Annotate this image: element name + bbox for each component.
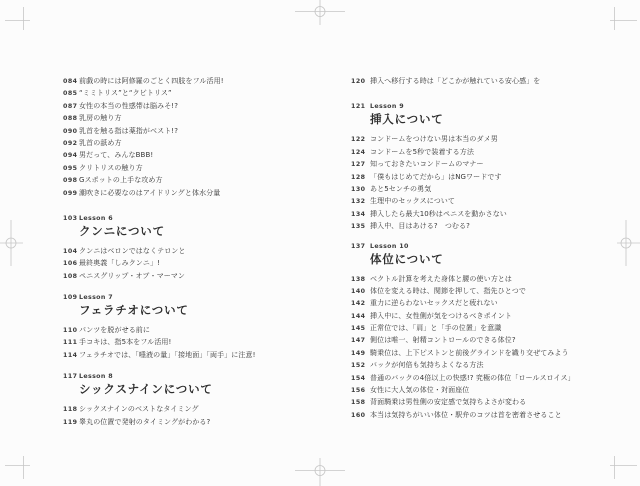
entry-page-number: 098 bbox=[63, 175, 79, 187]
corner-trim-mark-bottom-right bbox=[604, 450, 640, 486]
toc-entry: 127 知っておきたいコンドームのマナー bbox=[351, 158, 633, 170]
toc-entry: 120 挿入へ移行する時は「どこかが触れている安心感」を bbox=[351, 75, 633, 87]
entry-page-number: 127 bbox=[351, 159, 370, 171]
toc-entry: 119 睾丸の位置で発射のタイミングがわかる? bbox=[63, 416, 325, 428]
entry-page-number: 094 bbox=[63, 150, 79, 162]
entry-title: 挿入中、目はあける? つむる? bbox=[370, 220, 470, 232]
toc-block-lesson-9: 121 Lesson 9 挿入について 122 コンドームをつけない男は本当のダ… bbox=[351, 102, 633, 232]
center-trim-mark-left bbox=[0, 220, 28, 266]
lesson-page-number: 103 bbox=[63, 214, 79, 222]
entry-title: 挿入へ移行する時は「どこかが触れている安心感」を bbox=[370, 75, 540, 87]
entry-page-number: 142 bbox=[351, 298, 370, 310]
toc-entry: 132 生理中のセックスについて bbox=[351, 195, 633, 207]
entry-page-number: 090 bbox=[63, 126, 79, 138]
entry-page-number: 128 bbox=[351, 172, 370, 184]
toc-entry: 087 女性の本当の性感帯は脳みそ!? bbox=[63, 100, 325, 112]
entry-page-number: 095 bbox=[63, 163, 79, 175]
entry-title: 乳首の舐め方 bbox=[79, 137, 122, 149]
toc-block-lesson-8: 117 Lesson 8 シックスナインについて 118 シックスナインのベスト… bbox=[63, 372, 325, 428]
entry-title: 乳首を触る指は薬指がベスト!? bbox=[79, 125, 178, 137]
lesson-label: Lesson 8 bbox=[79, 372, 213, 381]
toc-entry: 152 バックが何倍も気持ちよくなる方法 bbox=[351, 359, 633, 371]
toc-entry: 118 シックスナインのベストなタイミング bbox=[63, 403, 325, 415]
entry-title: ベクトル計算を考えた身体と腰の使い方とは bbox=[370, 273, 512, 285]
entry-page-number: 149 bbox=[351, 348, 370, 360]
toc-entry: 122 コンドームをつけない男は本当のダメ男 bbox=[351, 133, 633, 145]
lesson-heading: 109 Lesson 7 フェラチオについて bbox=[63, 293, 325, 321]
toc-block-lesson-6: 103 Lesson 6 クンニについて 104 クンニはベロンではなくテロンと… bbox=[63, 214, 325, 282]
entry-title: “ミミトリス”と“クビトリス” bbox=[79, 87, 172, 99]
entry-page-number: 130 bbox=[351, 184, 370, 196]
toc-block-continued: 120 挿入へ移行する時は「どこかが触れている安心感」を bbox=[351, 75, 633, 87]
entry-page-number: 084 bbox=[63, 76, 79, 88]
lesson-heading: 137 Lesson 10 体位について bbox=[351, 242, 633, 270]
entry-page-number: 158 bbox=[351, 397, 370, 409]
entry-page-number: 124 bbox=[351, 147, 370, 159]
entry-title: フェラチオでは、「唾液の量」「接地面」「両手」に注意! bbox=[79, 349, 256, 361]
entry-title: あと5センチの勇気 bbox=[370, 183, 431, 195]
entry-page-number: 085 bbox=[63, 88, 79, 100]
entry-title: クリトリスの触り方 bbox=[79, 162, 143, 174]
entry-page-number: 120 bbox=[351, 76, 370, 88]
entry-page-number: 106 bbox=[63, 258, 79, 270]
entry-page-number: 087 bbox=[63, 101, 79, 113]
entry-title: 生理中のセックスについて bbox=[370, 195, 455, 207]
toc-entry: 160 本当は気持ちがいい体位・駅弁のコツは首を密着させること bbox=[351, 409, 633, 421]
toc-entry: 144 挿入中に、女性側が気をつけるべきポイント bbox=[351, 310, 633, 322]
toc-entry: 095 クリトリスの触り方 bbox=[63, 162, 325, 174]
entry-page-number: 145 bbox=[351, 323, 370, 335]
entry-title: 側位は唯一、射精コントロールのできる体位? bbox=[370, 334, 516, 346]
toc-block-lesson-10: 137 Lesson 10 体位について 138 ベクトル計算を考えた身体と腰の… bbox=[351, 242, 633, 422]
toc-entry: 114 フェラチオでは、「唾液の量」「接地面」「両手」に注意! bbox=[63, 349, 325, 361]
entry-page-number: 152 bbox=[351, 360, 370, 372]
entry-page-number: 147 bbox=[351, 335, 370, 347]
toc-entry: 104 クンニはベロンではなくテロンと bbox=[63, 245, 325, 257]
toc-entry: 128 「僕もはじめてだから」はNGワードです bbox=[351, 171, 633, 183]
entry-title: パンツを脱がせる前に bbox=[79, 324, 150, 336]
toc-entry: 145 正常位では、「肩」と「手の位置」を意識 bbox=[351, 322, 633, 334]
toc-entry: 106 最終奥義「しみクンニ」! bbox=[63, 257, 325, 269]
entry-title: 知っておきたいコンドームのマナー bbox=[370, 158, 484, 170]
toc-entry: 088 乳房の触り方 bbox=[63, 112, 325, 124]
corner-trim-mark-bottom-left bbox=[0, 450, 36, 486]
entry-title: 体位を変える時は、関節を押して、指先ひとつで bbox=[370, 285, 526, 297]
lesson-page-number: 121 bbox=[351, 102, 370, 110]
entry-title: 前戯の時には阿修羅のごとく四肢をフル活用! bbox=[79, 75, 224, 87]
entry-page-number: 135 bbox=[351, 221, 370, 233]
lesson-label: Lesson 7 bbox=[79, 293, 189, 302]
toc-entry: 092 乳首の舐め方 bbox=[63, 137, 325, 149]
lesson-heading: 103 Lesson 6 クンニについて bbox=[63, 214, 325, 242]
toc-entry: 138 ベクトル計算を考えた身体と腰の使い方とは bbox=[351, 273, 633, 285]
left-page: 084 前戯の時には阿修羅のごとく四肢をフル活用! 085 “ミミトリス”と“ク… bbox=[63, 75, 325, 428]
toc-block-lesson-7: 109 Lesson 7 フェラチオについて 110 パンツを脱がせる前に 11… bbox=[63, 293, 325, 361]
entry-page-number: 114 bbox=[63, 350, 79, 362]
toc-entry: 154 普通のバックの4倍以上の快感!? 究極の体位「ロールスロイス」 bbox=[351, 372, 633, 384]
lesson-title: クンニについて bbox=[79, 224, 165, 239]
center-trim-mark-bottom bbox=[295, 456, 345, 486]
lesson-title: シックスナインについて bbox=[79, 382, 213, 397]
toc-entry: 094 男だって、みんなBBB! bbox=[63, 149, 325, 161]
entry-title: 手コキは、指5本をフル活用! bbox=[79, 336, 171, 348]
entry-title: 女性に大人気の体位・対面座位 bbox=[370, 384, 469, 396]
toc-block-continued: 084 前戯の時には阿修羅のごとく四肢をフル活用! 085 “ミミトリス”と“ク… bbox=[63, 75, 325, 199]
toc-entry: 134 挿入したら最大10秒はペニスを動かさない bbox=[351, 208, 633, 220]
lesson-label: Lesson 6 bbox=[79, 214, 165, 223]
entry-title: バックが何倍も気持ちよくなる方法 bbox=[370, 359, 484, 371]
toc-entry: 110 パンツを脱がせる前に bbox=[63, 324, 325, 336]
toc-entry: 130 あと5センチの勇気 bbox=[351, 183, 633, 195]
entry-title: 睾丸の位置で発射のタイミングがわかる? bbox=[79, 416, 210, 428]
lesson-title: フェラチオについて bbox=[79, 303, 189, 318]
entry-title: シックスナインのベストなタイミング bbox=[79, 403, 199, 415]
entry-title: 背面騎乗は男性側の安定感で気持ちよさが変わる bbox=[370, 396, 526, 408]
toc-entry: 098 Gスポットの上手な攻め方 bbox=[63, 174, 325, 186]
toc-entry: 142 重力に逆らわないセックスだと疲れない bbox=[351, 297, 633, 309]
lesson-heading: 121 Lesson 9 挿入について bbox=[351, 102, 633, 130]
center-trim-mark-top bbox=[295, 0, 345, 30]
entry-page-number: 144 bbox=[351, 311, 370, 323]
toc-entry: 099 潮吹きに必要なのはアイドリングと体水分量 bbox=[63, 187, 325, 199]
entry-title: 騎乗位は、上下ピストンと前後グラインドを織り交ぜてみよう bbox=[370, 347, 569, 359]
entry-title: 女性の本当の性感帯は脳みそ!? bbox=[79, 100, 178, 112]
toc-entry: 090 乳首を触る指は薬指がベスト!? bbox=[63, 125, 325, 137]
entry-page-number: 088 bbox=[63, 113, 79, 125]
toc-entry: 108 ペニスグリップ・オブ・マーマン bbox=[63, 270, 325, 282]
entry-page-number: 156 bbox=[351, 385, 370, 397]
entry-title: 潮吹きに必要なのはアイドリングと体水分量 bbox=[79, 187, 220, 199]
entry-page-number: 122 bbox=[351, 134, 370, 146]
entry-title: 男だって、みんなBBB! bbox=[79, 149, 153, 161]
lesson-label: Lesson 10 bbox=[370, 242, 444, 251]
entry-title: 挿入したら最大10秒はペニスを動かさない bbox=[370, 208, 507, 220]
toc-entry: 124 コンドームを5秒で装着する方法 bbox=[351, 146, 633, 158]
entry-page-number: 140 bbox=[351, 286, 370, 298]
lesson-page-number: 117 bbox=[63, 372, 79, 380]
toc-entry: 111 手コキは、指5本をフル活用! bbox=[63, 336, 325, 348]
entry-title: 正常位では、「肩」と「手の位置」を意識 bbox=[370, 322, 501, 334]
entry-title: Gスポットの上手な攻め方 bbox=[79, 174, 163, 186]
toc-entry: 158 背面騎乗は男性側の安定感で気持ちよさが変わる bbox=[351, 396, 633, 408]
toc-spread-sheet: 084 前戯の時には阿修羅のごとく四肢をフル活用! 085 “ミミトリス”と“ク… bbox=[0, 0, 640, 486]
right-page: 120 挿入へ移行する時は「どこかが触れている安心感」を 121 Lesson … bbox=[351, 75, 633, 421]
lesson-title: 体位について bbox=[370, 252, 444, 267]
entry-title: クンニはベロンではなくテロンと bbox=[79, 245, 186, 257]
entry-title: 最終奥義「しみクンニ」! bbox=[79, 257, 160, 269]
lesson-heading: 117 Lesson 8 シックスナインについて bbox=[63, 372, 325, 400]
toc-entry: 156 女性に大人気の体位・対面座位 bbox=[351, 384, 633, 396]
lesson-title: 挿入について bbox=[370, 112, 444, 127]
entry-page-number: 110 bbox=[63, 325, 79, 337]
entry-title: 重力に逆らわないセックスだと疲れない bbox=[370, 297, 498, 309]
lesson-page-number: 137 bbox=[351, 242, 370, 250]
lesson-label: Lesson 9 bbox=[370, 102, 444, 111]
entry-page-number: 108 bbox=[63, 271, 79, 283]
entry-page-number: 119 bbox=[63, 417, 79, 429]
toc-entry: 084 前戯の時には阿修羅のごとく四肢をフル活用! bbox=[63, 75, 325, 87]
entry-title: コンドームを5秒で装着する方法 bbox=[370, 146, 474, 158]
entry-page-number: 118 bbox=[63, 404, 79, 416]
entry-page-number: 099 bbox=[63, 188, 79, 200]
toc-entry: 147 側位は唯一、射精コントロールのできる体位? bbox=[351, 334, 633, 346]
entry-page-number: 134 bbox=[351, 209, 370, 221]
entry-page-number: 160 bbox=[351, 410, 370, 422]
entry-page-number: 092 bbox=[63, 138, 79, 150]
entry-title: 本当は気持ちがいい体位・駅弁のコツは首を密着させること bbox=[370, 409, 562, 421]
entry-page-number: 132 bbox=[351, 196, 370, 208]
toc-entry: 135 挿入中、目はあける? つむる? bbox=[351, 220, 633, 232]
entry-title: コンドームをつけない男は本当のダメ男 bbox=[370, 133, 498, 145]
toc-entry: 140 体位を変える時は、関節を押して、指先ひとつで bbox=[351, 285, 633, 297]
corner-trim-mark-top-right bbox=[604, 0, 640, 36]
entry-page-number: 111 bbox=[63, 337, 79, 349]
entry-title: 「僕もはじめてだから」はNGワードです bbox=[370, 171, 502, 183]
entry-title: 挿入中に、女性側が気をつけるべきポイント bbox=[370, 310, 512, 322]
entry-page-number: 104 bbox=[63, 246, 79, 258]
lesson-page-number: 109 bbox=[63, 293, 79, 301]
entry-page-number: 154 bbox=[351, 373, 370, 385]
entry-title: 乳房の触り方 bbox=[79, 112, 122, 124]
toc-entry: 149 騎乗位は、上下ピストンと前後グラインドを織り交ぜてみよう bbox=[351, 347, 633, 359]
corner-trim-mark-top-left bbox=[0, 0, 36, 36]
entry-title: 普通のバックの4倍以上の快感!? 究極の体位「ロールスロイス」 bbox=[370, 372, 575, 384]
toc-entry: 085 “ミミトリス”と“クビトリス” bbox=[63, 87, 325, 99]
entry-title: ペニスグリップ・オブ・マーマン bbox=[79, 270, 185, 282]
entry-page-number: 138 bbox=[351, 274, 370, 286]
